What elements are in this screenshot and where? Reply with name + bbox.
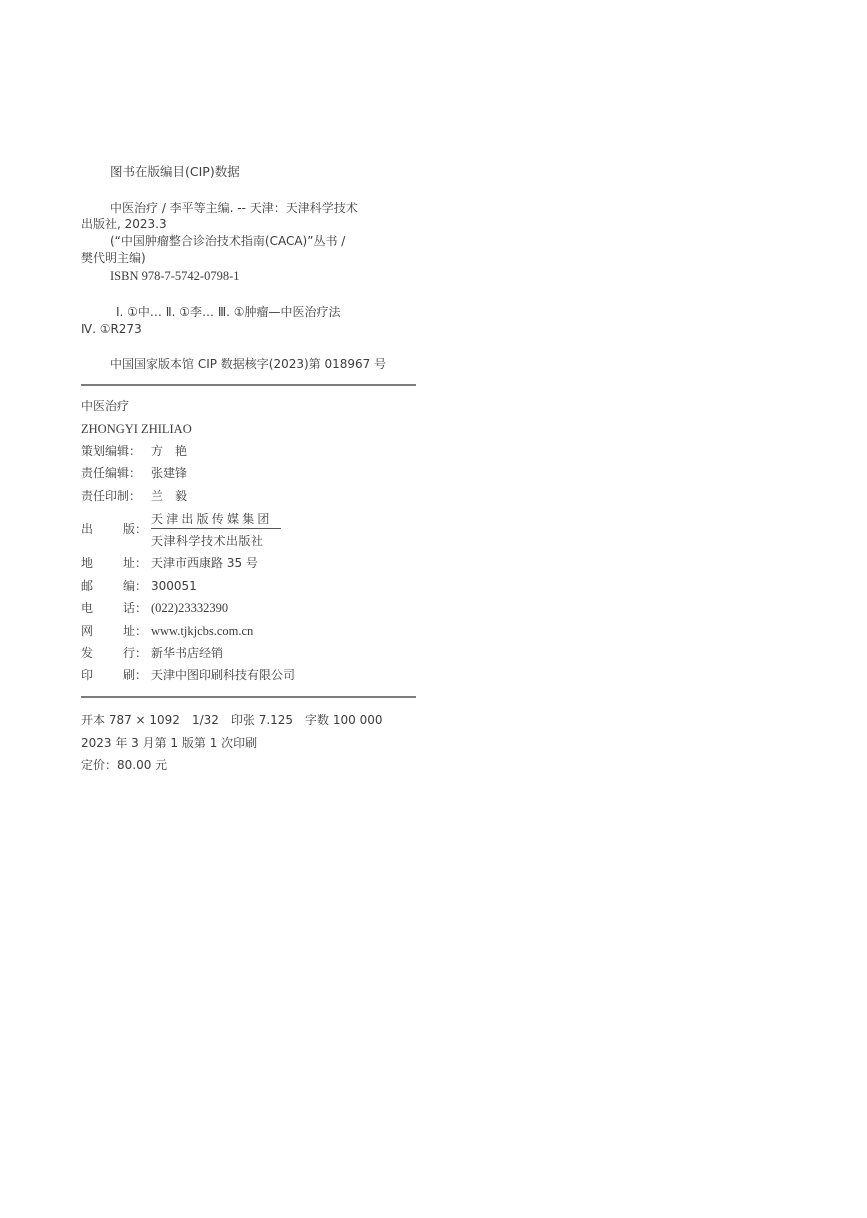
- publisher-group: 天津出版传媒集团: [151, 511, 281, 529]
- book-title-cn: 中医治疗: [81, 398, 129, 414]
- credit-key: 责任印制：: [81, 488, 141, 504]
- detail-value: (022)23332390: [151, 600, 228, 616]
- divider-bottom: [81, 696, 416, 698]
- detail-key-a: 发: [81, 645, 93, 661]
- divider-top: [81, 384, 416, 386]
- detail-key-a: 邮: [81, 578, 93, 594]
- cip-entry-line-2: 出版社, 2023.3: [81, 216, 167, 232]
- copyright-page: 图书在版编目(CIP)数据 中医治疗 / 李平等主编. -- 天津：天津科学技术…: [0, 0, 867, 1218]
- detail-value: 新华书店经销: [151, 645, 223, 661]
- spec-format-line: 开本 787 × 1092 1/32 印张 7.125 字数 100 000: [81, 712, 383, 728]
- publisher-press: 天津科学技术出版社: [151, 533, 281, 549]
- detail-key-b: 刷：: [123, 667, 147, 683]
- cip-heading: 图书在版编目(CIP)数据: [110, 164, 240, 180]
- detail-key-b: 话：: [123, 600, 147, 616]
- detail-key-a: 电: [81, 600, 93, 616]
- detail-value: www.tjkjcbs.com.cn: [151, 623, 253, 639]
- cip-entry-line-1: 中医治疗 / 李平等主编. -- 天津：天津科学技术: [110, 200, 358, 216]
- publisher-block: 天津出版传媒集团 天津科学技术出版社: [151, 511, 281, 549]
- detail-key-a: 网: [81, 623, 93, 639]
- detail-value: 天津中图印刷科技有限公司: [151, 667, 295, 683]
- spec-edition-line: 2023 年 3 月第 1 版第 1 次印刷: [81, 735, 257, 751]
- detail-key-b: 址：: [123, 623, 147, 639]
- cip-series-line-1: (“中国肿瘤整合诊治技术指南(CACA)”丛书 /: [110, 233, 345, 249]
- detail-key-a: 印: [81, 667, 93, 683]
- detail-value: 天津市西康路 35 号: [151, 555, 258, 571]
- credit-key: 责任编辑：: [81, 465, 141, 481]
- credit-key: 策划编辑：: [81, 443, 141, 459]
- cip-series-line-2: 樊代明主编): [81, 250, 146, 266]
- detail-key-b: 行：: [123, 645, 147, 661]
- cip-subject-line-2: Ⅳ. ①R273: [81, 321, 142, 337]
- credit-value: 张建锋: [151, 465, 187, 481]
- detail-key-a: 地: [81, 555, 93, 571]
- book-title-pinyin: ZHONGYI ZHILIAO: [81, 421, 192, 437]
- detail-key-b: 编：: [123, 578, 147, 594]
- detail-key-b: 址：: [123, 555, 147, 571]
- credit-value: 方 艳: [151, 443, 187, 459]
- cip-verification-number: 中国国家版本馆 CIP 数据核字(2023)第 018967 号: [110, 356, 386, 372]
- spec-price-line: 定价：80.00 元: [81, 757, 167, 773]
- publisher-key-b: 版：: [123, 521, 147, 537]
- cip-isbn: ISBN 978-7-5742-0798-1: [110, 268, 240, 284]
- detail-value: 300051: [151, 578, 197, 594]
- publisher-key-a: 出: [81, 521, 93, 537]
- credit-value: 兰 毅: [151, 488, 187, 504]
- cip-subject-line-1: Ⅰ. ①中… Ⅱ. ①李… Ⅲ. ①肿瘤—中医治疗法: [116, 304, 341, 320]
